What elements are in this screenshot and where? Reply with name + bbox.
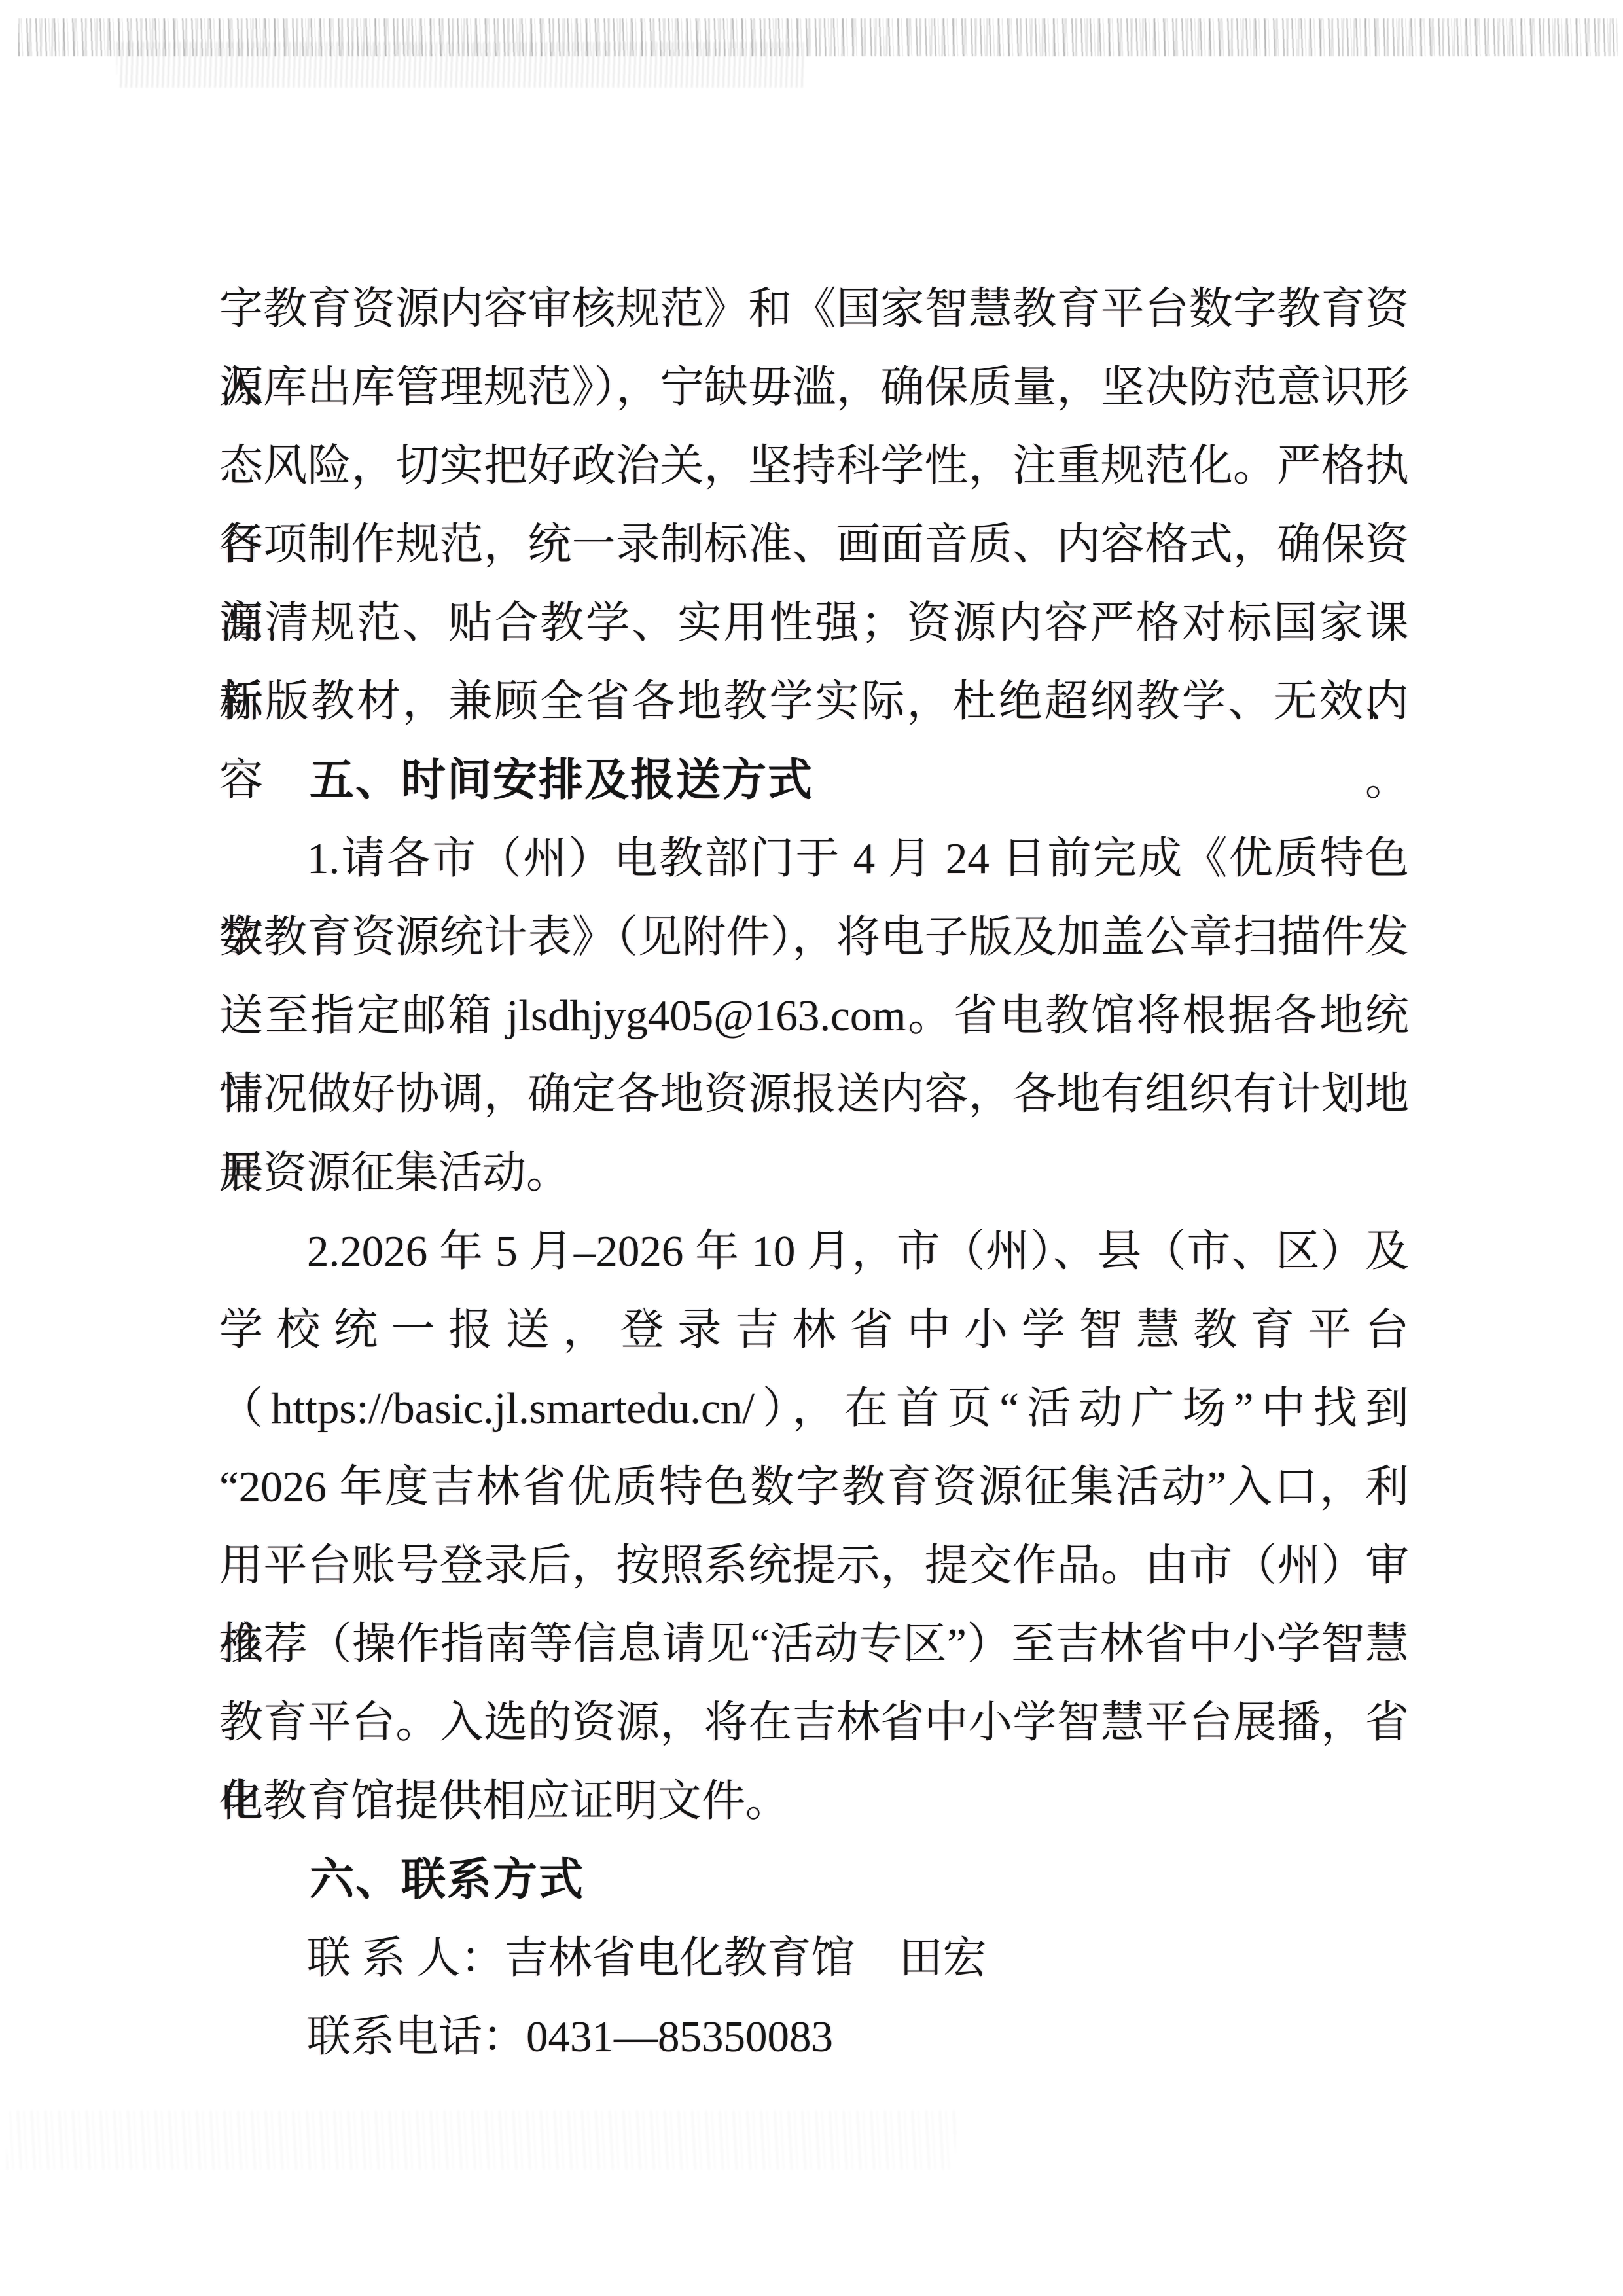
doc-line: 高清规范、贴合教学、实用性强；资源内容严格对标国家课标、 [219,584,1409,662]
doc-line-email: 送至指定邮箱 jlsdhjyg405@163.com。省电教馆将根据各地统计 [219,977,1409,1055]
doc-line: 新版教材，兼顾全省各地教学实际，杜绝超纲教学、无效内容。 [219,662,1409,741]
doc-line: 字教育资源内容审核规范》和《国家智慧教育平台数字教育资源 [219,270,1409,348]
document-page: 字教育资源内容审核规范》和《国家智慧教育平台数字教育资源 入库出库管理规范》），… [0,0,1623,2296]
doc-line: 化教育馆提供相应证明文件。 [219,1762,1409,1840]
doc-line: 入库出库管理规范》），宁缺毋滥，确保质量，坚决防范意识形 [219,348,1409,427]
doc-line: 展资源征集活动。 [219,1134,1409,1212]
doc-line: 学校统一报送，登录吉林省中小学智慧教育平台 [219,1291,1409,1369]
scan-artifact-bottom [7,2111,955,2170]
doc-line-url: （https://basic.jl.smartedu.cn/），在首页“活动广场… [219,1369,1409,1448]
contact-phone-line: 联系电话：0431—85350083 [219,1998,1409,2076]
contact-person-line: 联 系 人：吉林省电化教育馆 田宏 [219,1919,1409,1998]
scan-artifact-top [18,18,1619,56]
doc-line: 情况做好协调，确定各地资源报送内容，各地有组织有计划地开 [219,1055,1409,1134]
doc-line: 字教育资源统计表》（见附件），将电子版及加盖公章扫描件发 [219,898,1409,977]
doc-line: 用平台账号登录后，按照系统提示，提交作品。由市（州）审核 [219,1526,1409,1605]
document-body: 字教育资源内容审核规范》和《国家智慧教育平台数字教育资源 入库出库管理规范》），… [219,270,1409,2076]
doc-line: “2026 年度吉林省优质特色数字教育资源征集活动”入口，利 [219,1448,1409,1526]
doc-line: 1.请各市（州）电教部门于 4 月 24 日前完成《优质特色数 [219,819,1409,898]
doc-line: 推荐（操作指南等信息请见“活动专区”）至吉林省中小学智慧 [219,1605,1409,1683]
doc-line: 2.2026 年 5 月–2026 年 10 月，市（州）、县（市、区）及 [219,1212,1409,1291]
doc-line: 教育平台。入选的资源，将在吉林省中小学智慧平台展播，省电 [219,1683,1409,1762]
doc-line: 各项制作规范，统一录制标准、画面音质、内容格式，确保资源 [219,505,1409,584]
section-heading-6: 六、联系方式 [219,1840,1409,1919]
doc-line: 态风险，切实把好政治关，坚持科学性，注重规范化。严格执行 [219,427,1409,505]
